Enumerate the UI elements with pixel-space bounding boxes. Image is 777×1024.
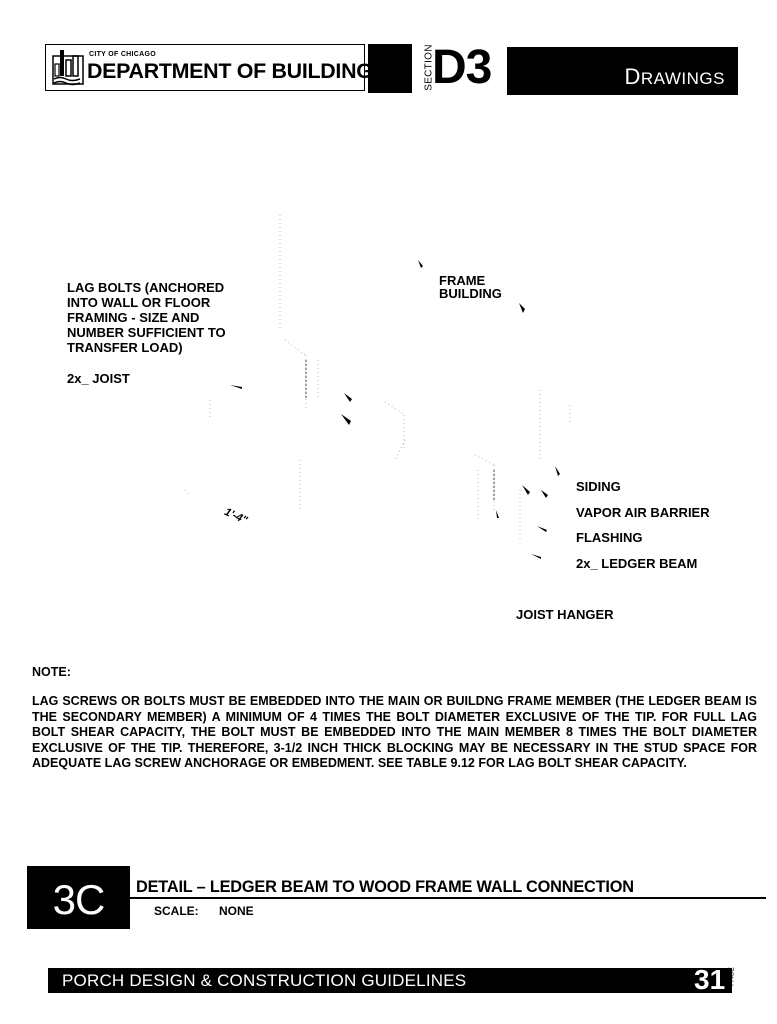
lag-bolts-line: LAG BOLTS (ANCHORED <box>67 280 226 295</box>
page-number: 31 <box>694 964 725 996</box>
note-body: LAG SCREWS OR BOLTS MUST BE EMBEDDED INT… <box>32 694 757 772</box>
siding-label: SIDING <box>576 479 621 494</box>
scale-value: NONE <box>219 904 254 918</box>
frame-building-line: BUILDING <box>439 287 502 300</box>
note-title: NOTE: <box>32 665 71 679</box>
flashing-label: FLASHING <box>576 530 642 545</box>
page-word: PAGE <box>729 965 736 989</box>
detail-code: 3C <box>27 866 130 929</box>
lag-bolts-label: LAG BOLTS (ANCHORED INTO WALL OR FLOOR F… <box>67 280 226 355</box>
vapor-air-barrier-label: VAPOR AIR BARRIER <box>576 505 710 520</box>
lag-bolts-line: INTO WALL OR FLOOR <box>67 295 226 310</box>
detail-divider <box>130 897 766 899</box>
lag-bolts-line: FRAMING - SIZE AND <box>67 310 226 325</box>
lag-bolts-line: TRANSFER LOAD) <box>67 340 226 355</box>
frame-building-label: FRAME BUILDING <box>439 274 502 300</box>
ledger-beam-label: 2x_ LEDGER BEAM <box>576 556 697 571</box>
footer-title: PORCH DESIGN & CONSTRUCTION GUIDELINES <box>62 968 466 993</box>
detail-title: DETAIL – LEDGER BEAM TO WOOD FRAME WALL … <box>136 877 634 897</box>
joist-hanger-label: JOIST HANGER <box>516 607 614 622</box>
scale-label: SCALE: <box>154 904 199 918</box>
joist-label: 2x_ JOIST <box>67 371 130 386</box>
lag-bolts-line: NUMBER SUFFICIENT TO <box>67 325 226 340</box>
